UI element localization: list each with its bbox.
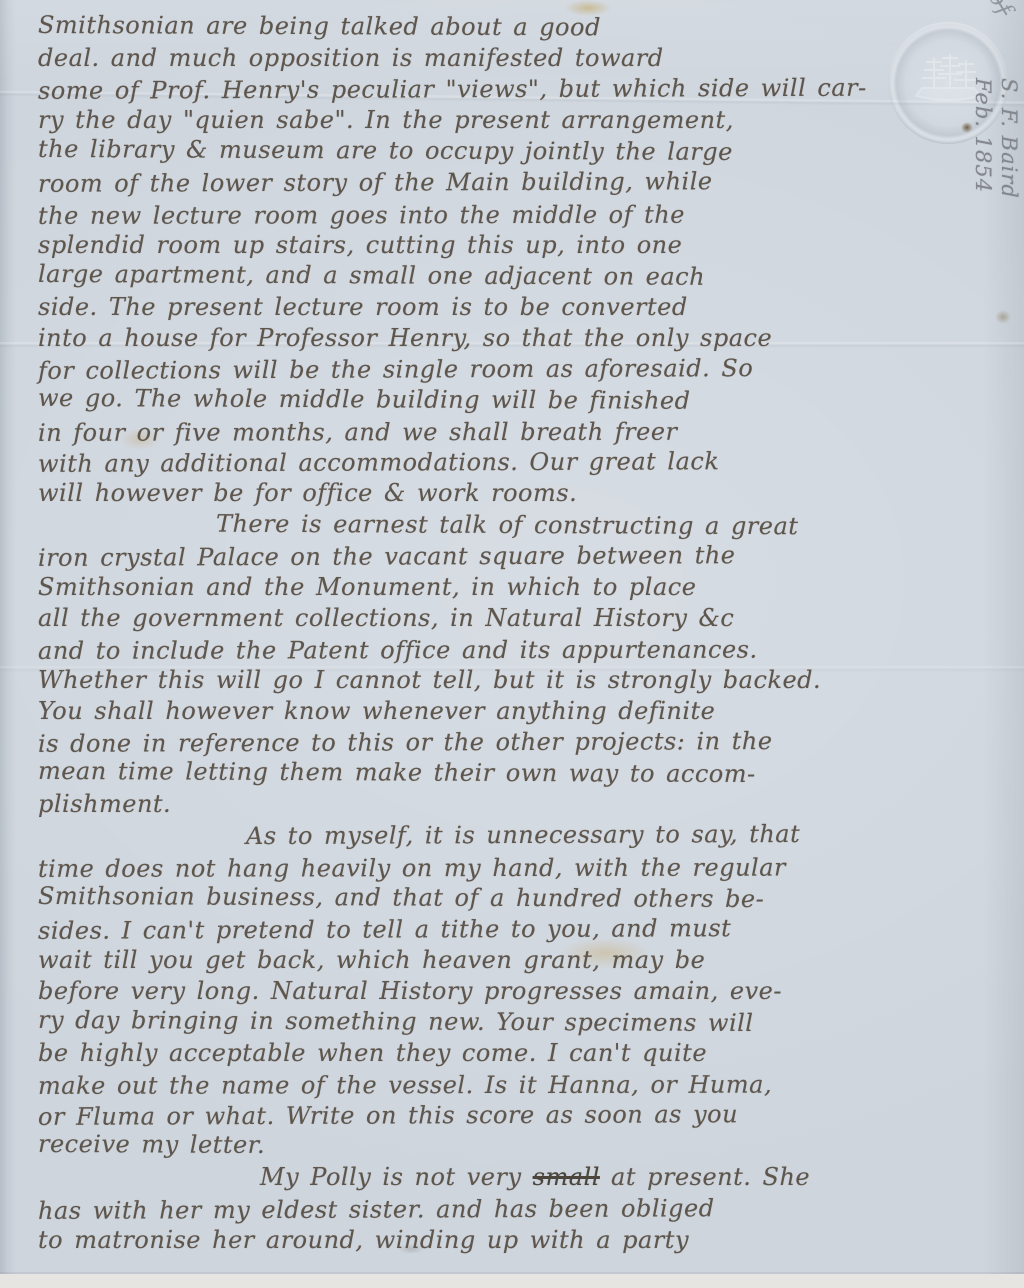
letter-line: wait till you get back, which heaven gra… [38, 945, 998, 976]
letter-line: is done in reference to this or the othe… [38, 725, 998, 760]
letter-line: into a house for Professor Henry, so tha… [38, 323, 998, 354]
letter-line: Smithsonian and the Monument, in which t… [38, 572, 998, 603]
letter-line: make out the name of the vessel. Is it H… [38, 1069, 998, 1102]
letter-line: room of the lower story of the Main buil… [38, 166, 998, 201]
letter-line: ry day bringing in something new. Your s… [38, 1005, 998, 1040]
letter-line: As to myself, it is unnecessary to say, … [38, 819, 998, 854]
annotation-date: Feb. 1854 [970, 78, 996, 338]
letter-line: large apartment, and a small one adjacen… [38, 259, 998, 294]
letter-line: for collections will be the single room … [38, 352, 998, 387]
letter-line: some of Prof. Henry's peculiar "views", … [38, 72, 998, 107]
letter-line: My Polly is not very small at present. S… [38, 1162, 998, 1193]
letter-line: ry the day "quien sabe". In the present … [38, 105, 998, 136]
letter-line: You shall however know whenever anything… [38, 696, 998, 727]
line-text: at present. She [600, 1163, 810, 1191]
letter-line: with any additional accommodations. Our … [38, 445, 998, 480]
letter-line: all the government collections, in Natur… [38, 603, 998, 634]
letter-line: we go. The whole middle building will be… [38, 383, 998, 418]
letter-line: will however be for office & work rooms. [38, 478, 998, 509]
letter-line: sides. I can't pretend to tell a tithe t… [38, 912, 998, 947]
letter-line: mean time letting them make their own wa… [38, 756, 998, 791]
letter-line: Smithsonian business, and that of a hund… [38, 881, 998, 916]
letter-line: splendid room up stairs, cutting this up… [38, 230, 998, 261]
line-text: My Polly is not very [260, 1163, 533, 1191]
letter-line: plishment. [38, 789, 998, 820]
letter-line: has with her my eldest sister. and has b… [38, 1192, 998, 1227]
letter-line: before very long. Natural History progre… [38, 976, 998, 1007]
letter-line: and to include the Patent office and its… [38, 634, 998, 667]
archival-annotation: S. F. Baird Feb. 1854 [970, 78, 1022, 338]
letter-line: the new lecture room goes into the middl… [38, 199, 998, 232]
letter-line: the library & museum are to occupy joint… [38, 134, 998, 169]
letter-body: Smithsonian are being talked about a goo… [38, 12, 998, 1256]
letter-page: Smithsonian are being talked about a goo… [0, 0, 1024, 1288]
letter-line: in four or five months, and we shall bre… [38, 416, 998, 449]
letter-line: time does not hang heavily on my hand, w… [38, 852, 998, 885]
letter-line: iron crystal Palace on the vacant square… [38, 539, 998, 574]
letter-line: be highly acceptable when they come. I c… [38, 1038, 998, 1069]
annotation-name: S. F. Baird [996, 78, 1022, 336]
letter-line: Whether this will go I cannot tell, but … [38, 665, 998, 696]
letter-line: Smithsonian are being talked about a goo… [38, 10, 998, 45]
scan-bottom-edge [0, 1272, 1024, 1288]
letter-line: to matronise her around, winding up with… [38, 1225, 998, 1256]
letter-line: There is earnest talk of constructing a … [38, 507, 998, 542]
letter-line: side. The present lecture room is to be … [38, 292, 998, 323]
letter-line: receive my letter. [38, 1129, 998, 1164]
letter-line: deal. and much opposition is manifested … [38, 43, 998, 74]
letter-lines: Smithsonian are being talked about a goo… [38, 12, 998, 1256]
letter-line: or Fluma or what. Write on this score as… [38, 1098, 998, 1133]
struck-word: small [533, 1163, 600, 1191]
